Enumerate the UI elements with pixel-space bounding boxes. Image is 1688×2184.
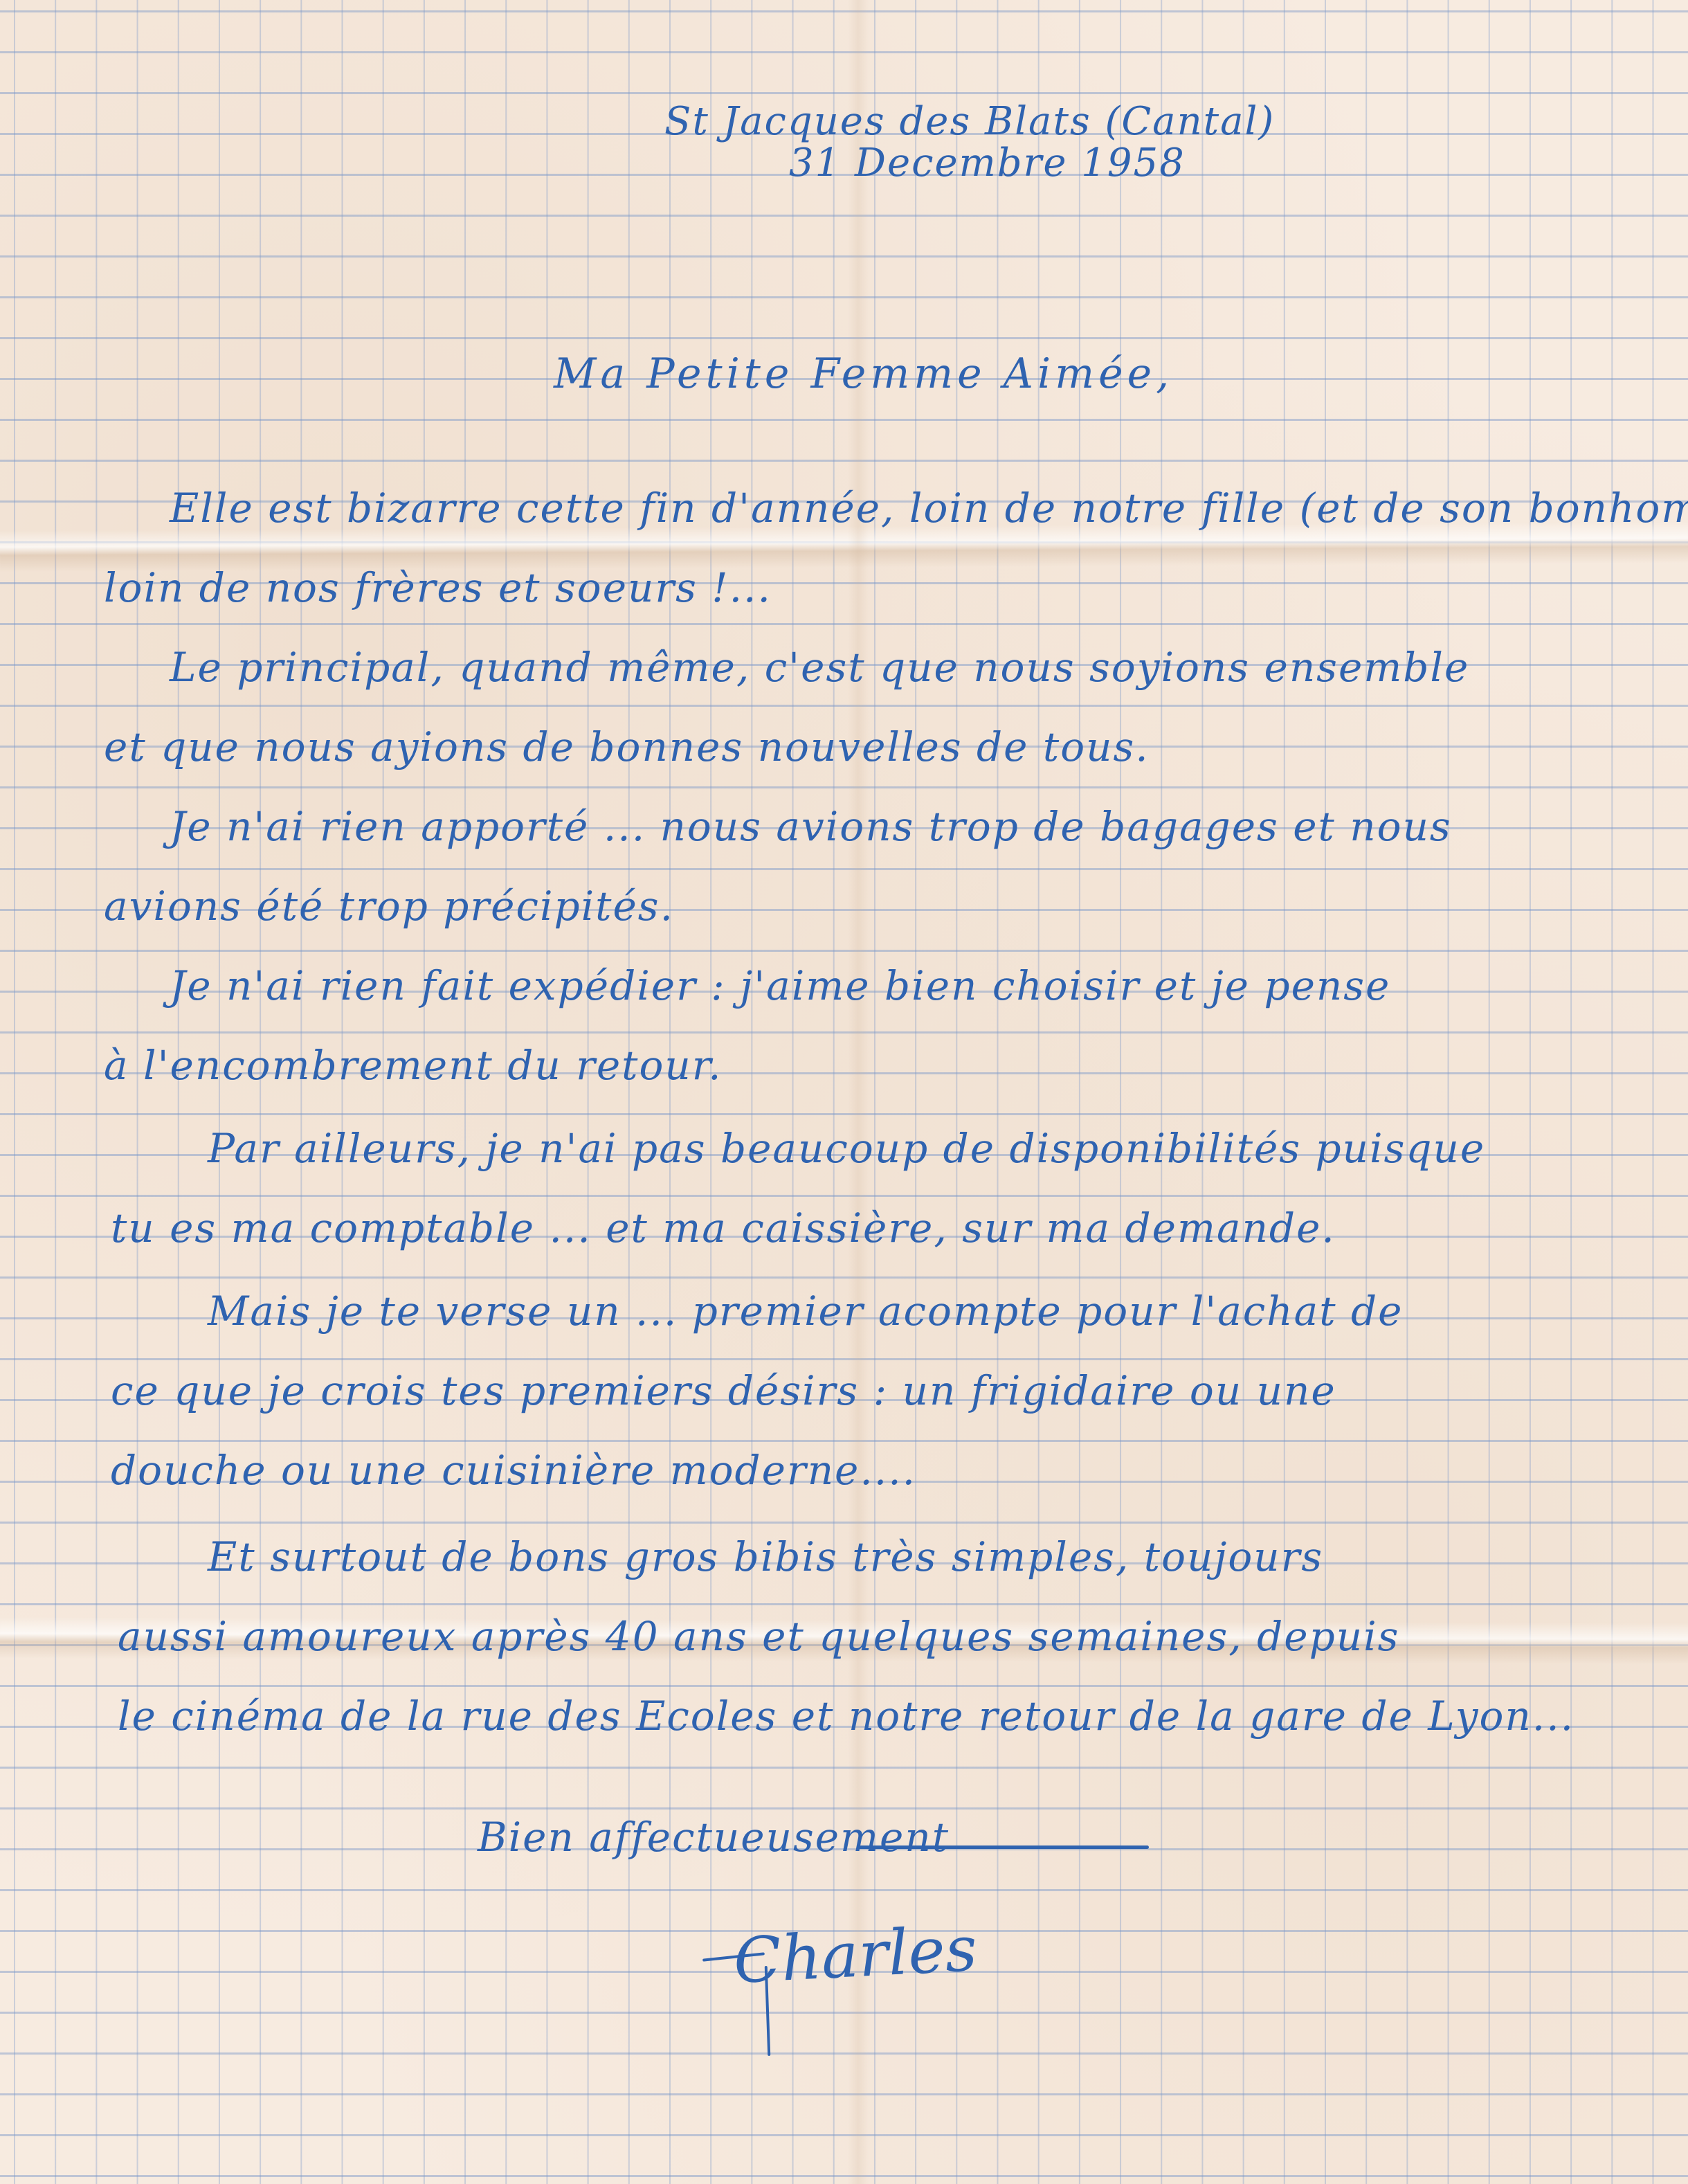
letter-closing: Bien affectueusement <box>478 1817 950 1857</box>
body-line: avions été trop précipités. <box>104 886 674 926</box>
body-line: le cinéma de la rue des Ecoles et notre … <box>118 1696 1574 1736</box>
body-line: douche ou une cuisinière moderne.... <box>111 1450 916 1490</box>
signature: Charles <box>732 1918 979 1993</box>
body-line: ce que je crois tes premiers désirs : un… <box>111 1371 1336 1411</box>
body-line: Mais je te verse un ... premier acompte … <box>208 1291 1403 1331</box>
body-line: Je n'ai rien fait expédier : j'aime bien… <box>170 966 1390 1006</box>
body-line: Le principal, quand même, c'est que nous… <box>170 647 1469 687</box>
body-line: et que nous ayions de bonnes nouvelles d… <box>104 727 1150 767</box>
body-line: aussi amoureux après 40 ans et quelques … <box>118 1616 1399 1657</box>
body-line: Elle est bizarre cette fin d'année, loin… <box>170 488 1688 528</box>
letter-salutation: Ma Petite Femme Aimée, <box>554 353 1173 395</box>
letter-place: St Jacques des Blats (Cantal) <box>664 102 1275 141</box>
closing-underline <box>858 1845 1149 1849</box>
body-line: loin de nos frères et soeurs !... <box>104 568 772 608</box>
body-line: Je n'ai rien apporté ... nous avions tro… <box>170 806 1452 847</box>
letter-date: 31 Decembre 1958 <box>789 144 1186 183</box>
letter-page: St Jacques des Blats (Cantal) 31 Decembr… <box>0 0 1688 2184</box>
body-line: Par ailleurs, je n'ai pas beaucoup de di… <box>208 1128 1485 1168</box>
body-line: Et surtout de bons gros bibis très simpl… <box>208 1537 1323 1577</box>
body-line: à l'encombrement du retour. <box>104 1045 723 1085</box>
body-line: tu es ma comptable ... et ma caissière, … <box>111 1208 1336 1248</box>
